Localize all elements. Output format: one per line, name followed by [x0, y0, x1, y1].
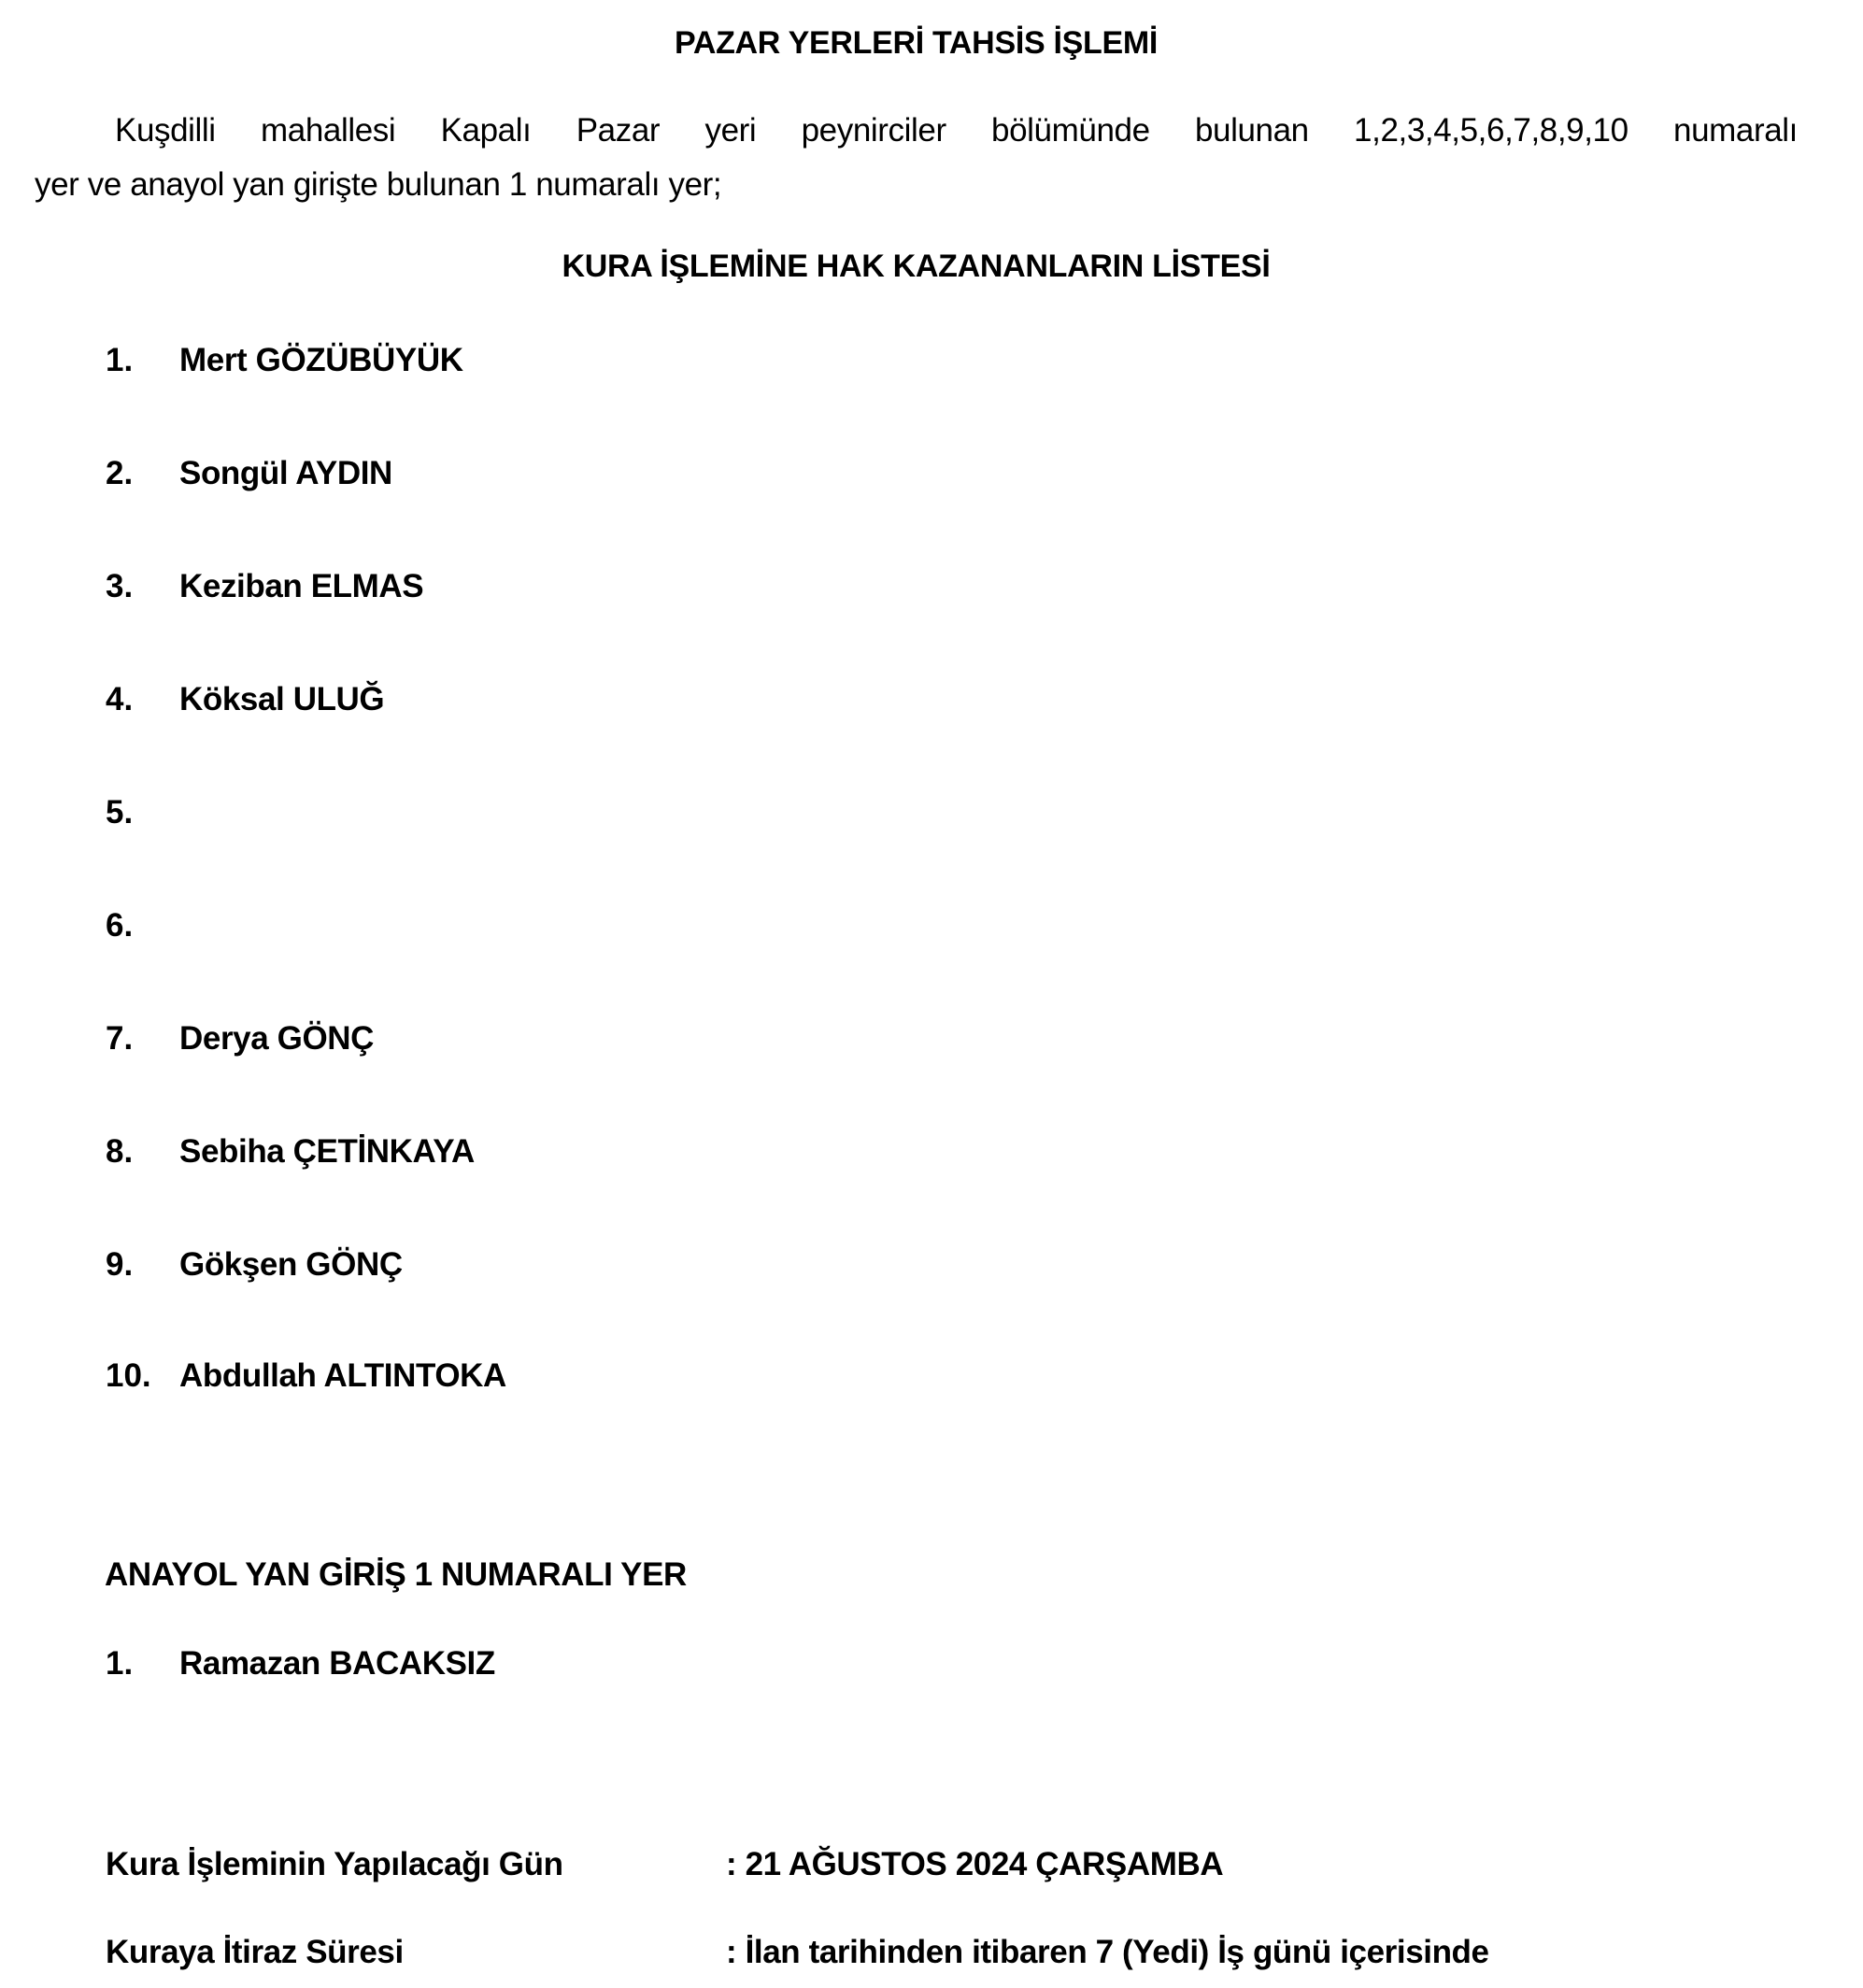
list-item: 8. Sebiha ÇETİNKAYA	[106, 1135, 1040, 1172]
list-item-name: Ramazan BACAKSIZ	[179, 1647, 495, 1680]
list-item-name: Keziban ELMAS	[179, 570, 423, 603]
lottery-date-label: Kura İşleminin Yapılacağı Gün	[106, 1848, 563, 1881]
list-item-name: Gökşen GÖNÇ	[179, 1248, 403, 1281]
list-item-number: 7.	[106, 1022, 133, 1055]
list-item: 10. Abdullah ALTINTOKA	[106, 1359, 1040, 1397]
list-item-name: Köksal ULUĞ	[179, 683, 384, 716]
list-item: 7. Derya GÖNÇ	[106, 1022, 1040, 1059]
winners-list-heading: KURA İŞLEMİNE HAK KAZANANLARIN LİSTESİ	[35, 250, 1798, 282]
list-item-number: 9.	[106, 1248, 133, 1281]
objection-period-value: : İlan tarihinden itibaren 7 (Yedi) İş g…	[726, 1936, 1489, 1968]
list-item: 1. Ramazan BACAKSIZ	[106, 1647, 1040, 1684]
lottery-date-value: : 21 AĞUSTOS 2024 ÇARŞAMBA	[726, 1848, 1223, 1881]
list-item-name: Abdullah ALTINTOKA	[179, 1359, 506, 1392]
objection-period-label: Kuraya İtiraz Süresi	[106, 1936, 404, 1968]
list-item-name: Songül AYDIN	[179, 457, 392, 490]
list-item-number: 5.	[106, 796, 133, 829]
list-item-number: 10.	[106, 1359, 151, 1392]
list-item: 4. Köksal ULUĞ	[106, 683, 1040, 720]
list-item: 1. Mert GÖZÜBÜYÜK	[106, 344, 1040, 381]
list-item: 6.	[106, 909, 1040, 946]
side-entrance-heading: ANAYOL YAN GİRİŞ 1 NUMARALI YER	[105, 1558, 687, 1591]
intro-paragraph-line-2: yer ve anayol yan girişte bulunan 1 numa…	[35, 168, 721, 201]
list-item-name: Mert GÖZÜBÜYÜK	[179, 344, 463, 376]
list-item-number: 8.	[106, 1135, 133, 1168]
intro-paragraph-line-1: Kuşdilli mahallesi Kapalı Pazar yeri pey…	[115, 114, 1798, 147]
list-item-name: Sebiha ÇETİNKAYA	[179, 1135, 475, 1168]
list-item: 2. Songül AYDIN	[106, 457, 1040, 494]
list-item-name: Derya GÖNÇ	[179, 1022, 374, 1055]
list-item-number: 1.	[106, 1647, 133, 1680]
list-item: 5.	[106, 796, 1040, 833]
list-item-number: 4.	[106, 683, 133, 716]
lottery-date-row: Kura İşleminin Yapılacağı Gün : 21 AĞUST…	[106, 1848, 1787, 1885]
list-item-number: 3.	[106, 570, 133, 603]
list-item: 9. Gökşen GÖNÇ	[106, 1248, 1040, 1285]
list-item-number: 6.	[106, 909, 133, 942]
list-item-number: 1.	[106, 344, 133, 376]
objection-period-row: Kuraya İtiraz Süresi : İlan tarihinden i…	[106, 1936, 1787, 1973]
list-item: 3. Keziban ELMAS	[106, 570, 1040, 607]
document-title: PAZAR YERLERİ TAHSİS İŞLEMİ	[35, 27, 1798, 59]
list-item-number: 2.	[106, 457, 133, 490]
